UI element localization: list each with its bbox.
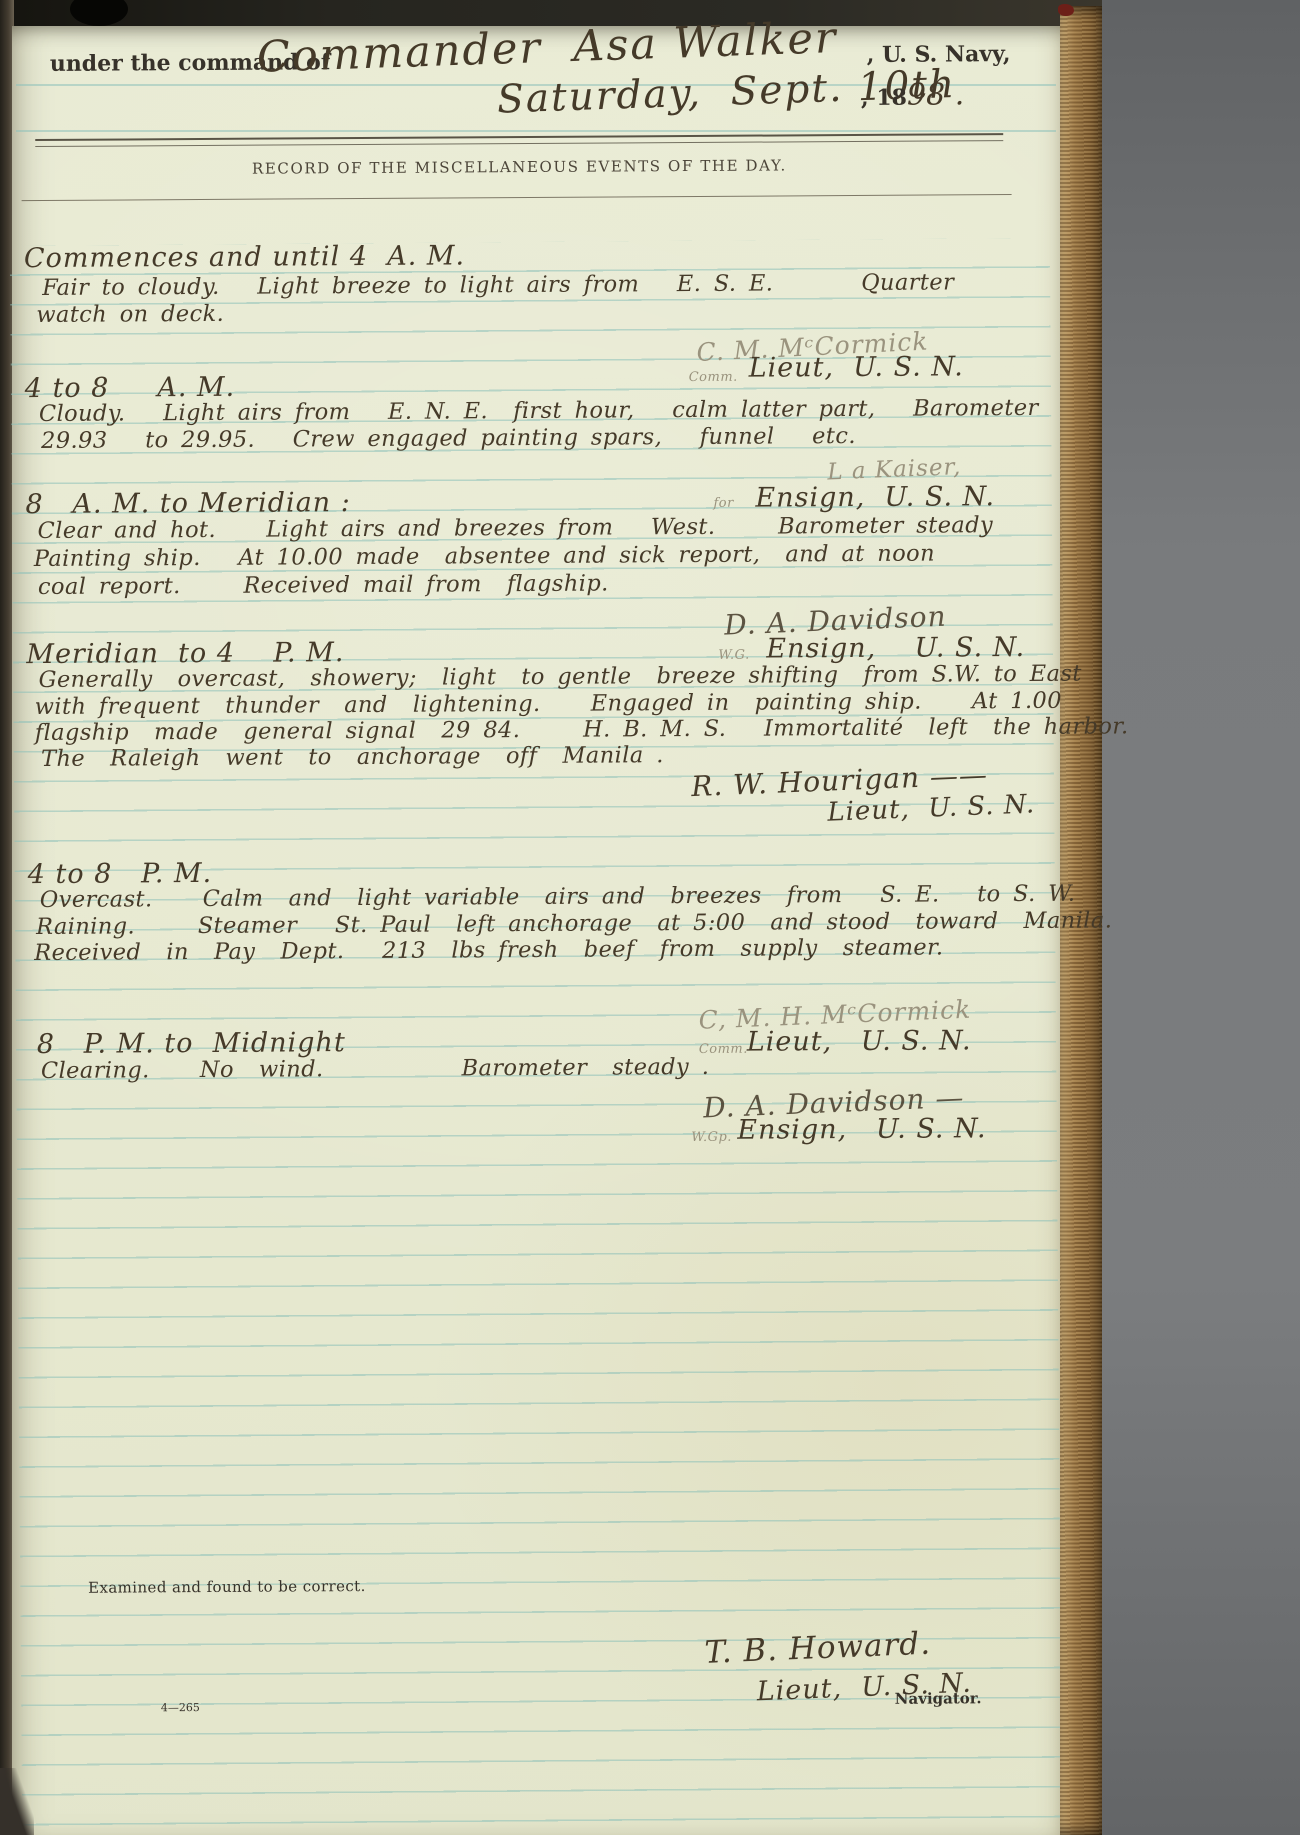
examined-statement: Examined and found to be correct. bbox=[88, 1579, 366, 1596]
signature-rank: Ensign, U. S. N. bbox=[766, 634, 1025, 664]
printed-navigator-label: Navigator. bbox=[895, 1691, 982, 1707]
logbook-page-scan: under the command of Commander Asa Walke… bbox=[0, 0, 1300, 1835]
log-entry-line: 29.93 to 29.95. Crew engaged painting sp… bbox=[41, 425, 856, 454]
log-entry-heading: 4 to 8 A. M. bbox=[25, 374, 236, 404]
signature-rank: Lieut, U. S. N. bbox=[747, 1027, 972, 1057]
log-entry-heading: 4 to 8 P. M. bbox=[28, 860, 213, 889]
signature-rank: Ensign, U. S. N. bbox=[737, 1115, 986, 1145]
log-entry-line: Raining. Steamer St. Paul left anchorage… bbox=[36, 909, 1112, 939]
printed-year-prefix: , 18 bbox=[861, 85, 907, 111]
year-group: , 1898 . bbox=[861, 79, 964, 111]
signature-rank: Lieut, U. S. N. bbox=[827, 791, 1036, 827]
log-entry-line: Fair to cloudy. Light breeze to light ai… bbox=[42, 271, 954, 300]
signature-note: Comm. bbox=[689, 371, 738, 385]
log-entry-line: Cloudy. Light airs from E. N. E. first h… bbox=[39, 397, 1039, 427]
log-entry-line: Clearing. No wind. Barometer steady . bbox=[41, 1056, 709, 1084]
signature-name: L a Kaiser, bbox=[827, 455, 962, 485]
navigator-signature: T. B. Howard. bbox=[704, 1628, 932, 1670]
signature-rank: Lieut, U. S. N. bbox=[749, 353, 964, 383]
log-entry-line: coal report. Received mail from flagship… bbox=[38, 573, 609, 600]
log-entry-line: watch on deck. bbox=[36, 303, 224, 328]
log-entry-line: Received in Pay Dept. 213 lbs fresh beef… bbox=[34, 936, 943, 965]
signature-note: for bbox=[713, 497, 733, 511]
signature-note: W.G. bbox=[718, 649, 749, 663]
log-entry-line: Clear and hot. Light airs and breezes fr… bbox=[38, 514, 994, 543]
background-surface bbox=[1102, 0, 1300, 1835]
section-rule bbox=[22, 194, 1012, 201]
log-entry-heading: 8 A. M. to Meridian : bbox=[25, 489, 351, 519]
signature-rank: Ensign, U. S. N. bbox=[755, 483, 995, 513]
handwritten-year: 98 . bbox=[907, 77, 964, 112]
binding-red-speck bbox=[1058, 4, 1074, 16]
signature-note: W.Gp. bbox=[691, 1131, 732, 1145]
log-entry-line: The Raleigh went to anchorage off Manila… bbox=[41, 744, 664, 771]
log-entry-heading: 8 P. M. to Midnight bbox=[37, 1029, 346, 1059]
header-double-rule bbox=[35, 133, 1003, 147]
form-number: 4—265 bbox=[161, 1702, 200, 1714]
log-entry-line: Painting ship. At 10.00 made absentee an… bbox=[34, 543, 935, 572]
log-entry-line: flagship made general signal 29 84. H. B… bbox=[35, 715, 1129, 745]
log-entry-heading: Commences and until 4 A. M. bbox=[24, 242, 465, 273]
page-content: under the command of Commander Asa Walke… bbox=[0, 0, 1066, 1835]
section-title: RECORD OF THE MISCELLANEOUS EVENTS OF TH… bbox=[0, 157, 1043, 179]
